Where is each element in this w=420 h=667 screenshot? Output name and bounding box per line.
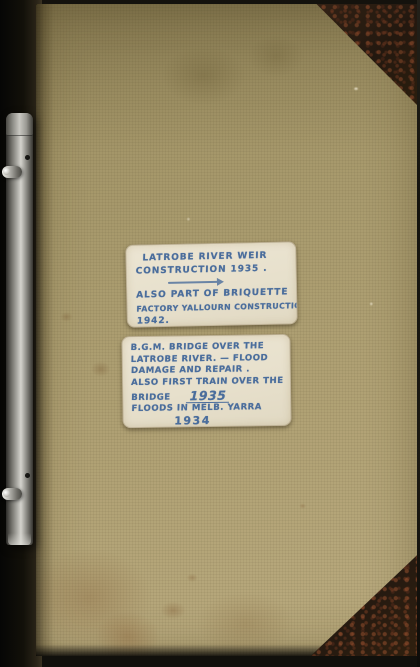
- handwritten-label-bridge: B.G.M. BRIDGE OVER THE LATROBE RIVER. — …: [121, 334, 291, 428]
- underlined-year: 1935: [186, 389, 229, 404]
- binder-screw-hole: [25, 155, 30, 160]
- metal-bar-bottom-tip: [8, 533, 31, 545]
- label-text-line: 1934: [131, 413, 283, 427]
- cover-left-crease: [36, 4, 54, 656]
- binder-post: [2, 488, 22, 500]
- metal-post-binder-bar: [6, 113, 33, 545]
- handwritten-label-weir: LATROBE RIVER WEIR CONSTRUCTION 1935 . A…: [125, 241, 298, 328]
- cover-stains: [36, 4, 417, 656]
- binder-post: [2, 166, 22, 178]
- metal-bar-top-cap: [6, 113, 33, 136]
- label-text-word: BRIDGE: [131, 392, 171, 404]
- cloth-cover: [36, 4, 417, 656]
- right-arrow-icon: [168, 281, 218, 284]
- album-cover-photo: LATROBE RIVER WEIR CONSTRUCTION 1935 . A…: [0, 0, 420, 667]
- label-text-line: CONSTRUCTION 1935 .: [136, 262, 288, 278]
- binder-screw-hole: [25, 473, 30, 478]
